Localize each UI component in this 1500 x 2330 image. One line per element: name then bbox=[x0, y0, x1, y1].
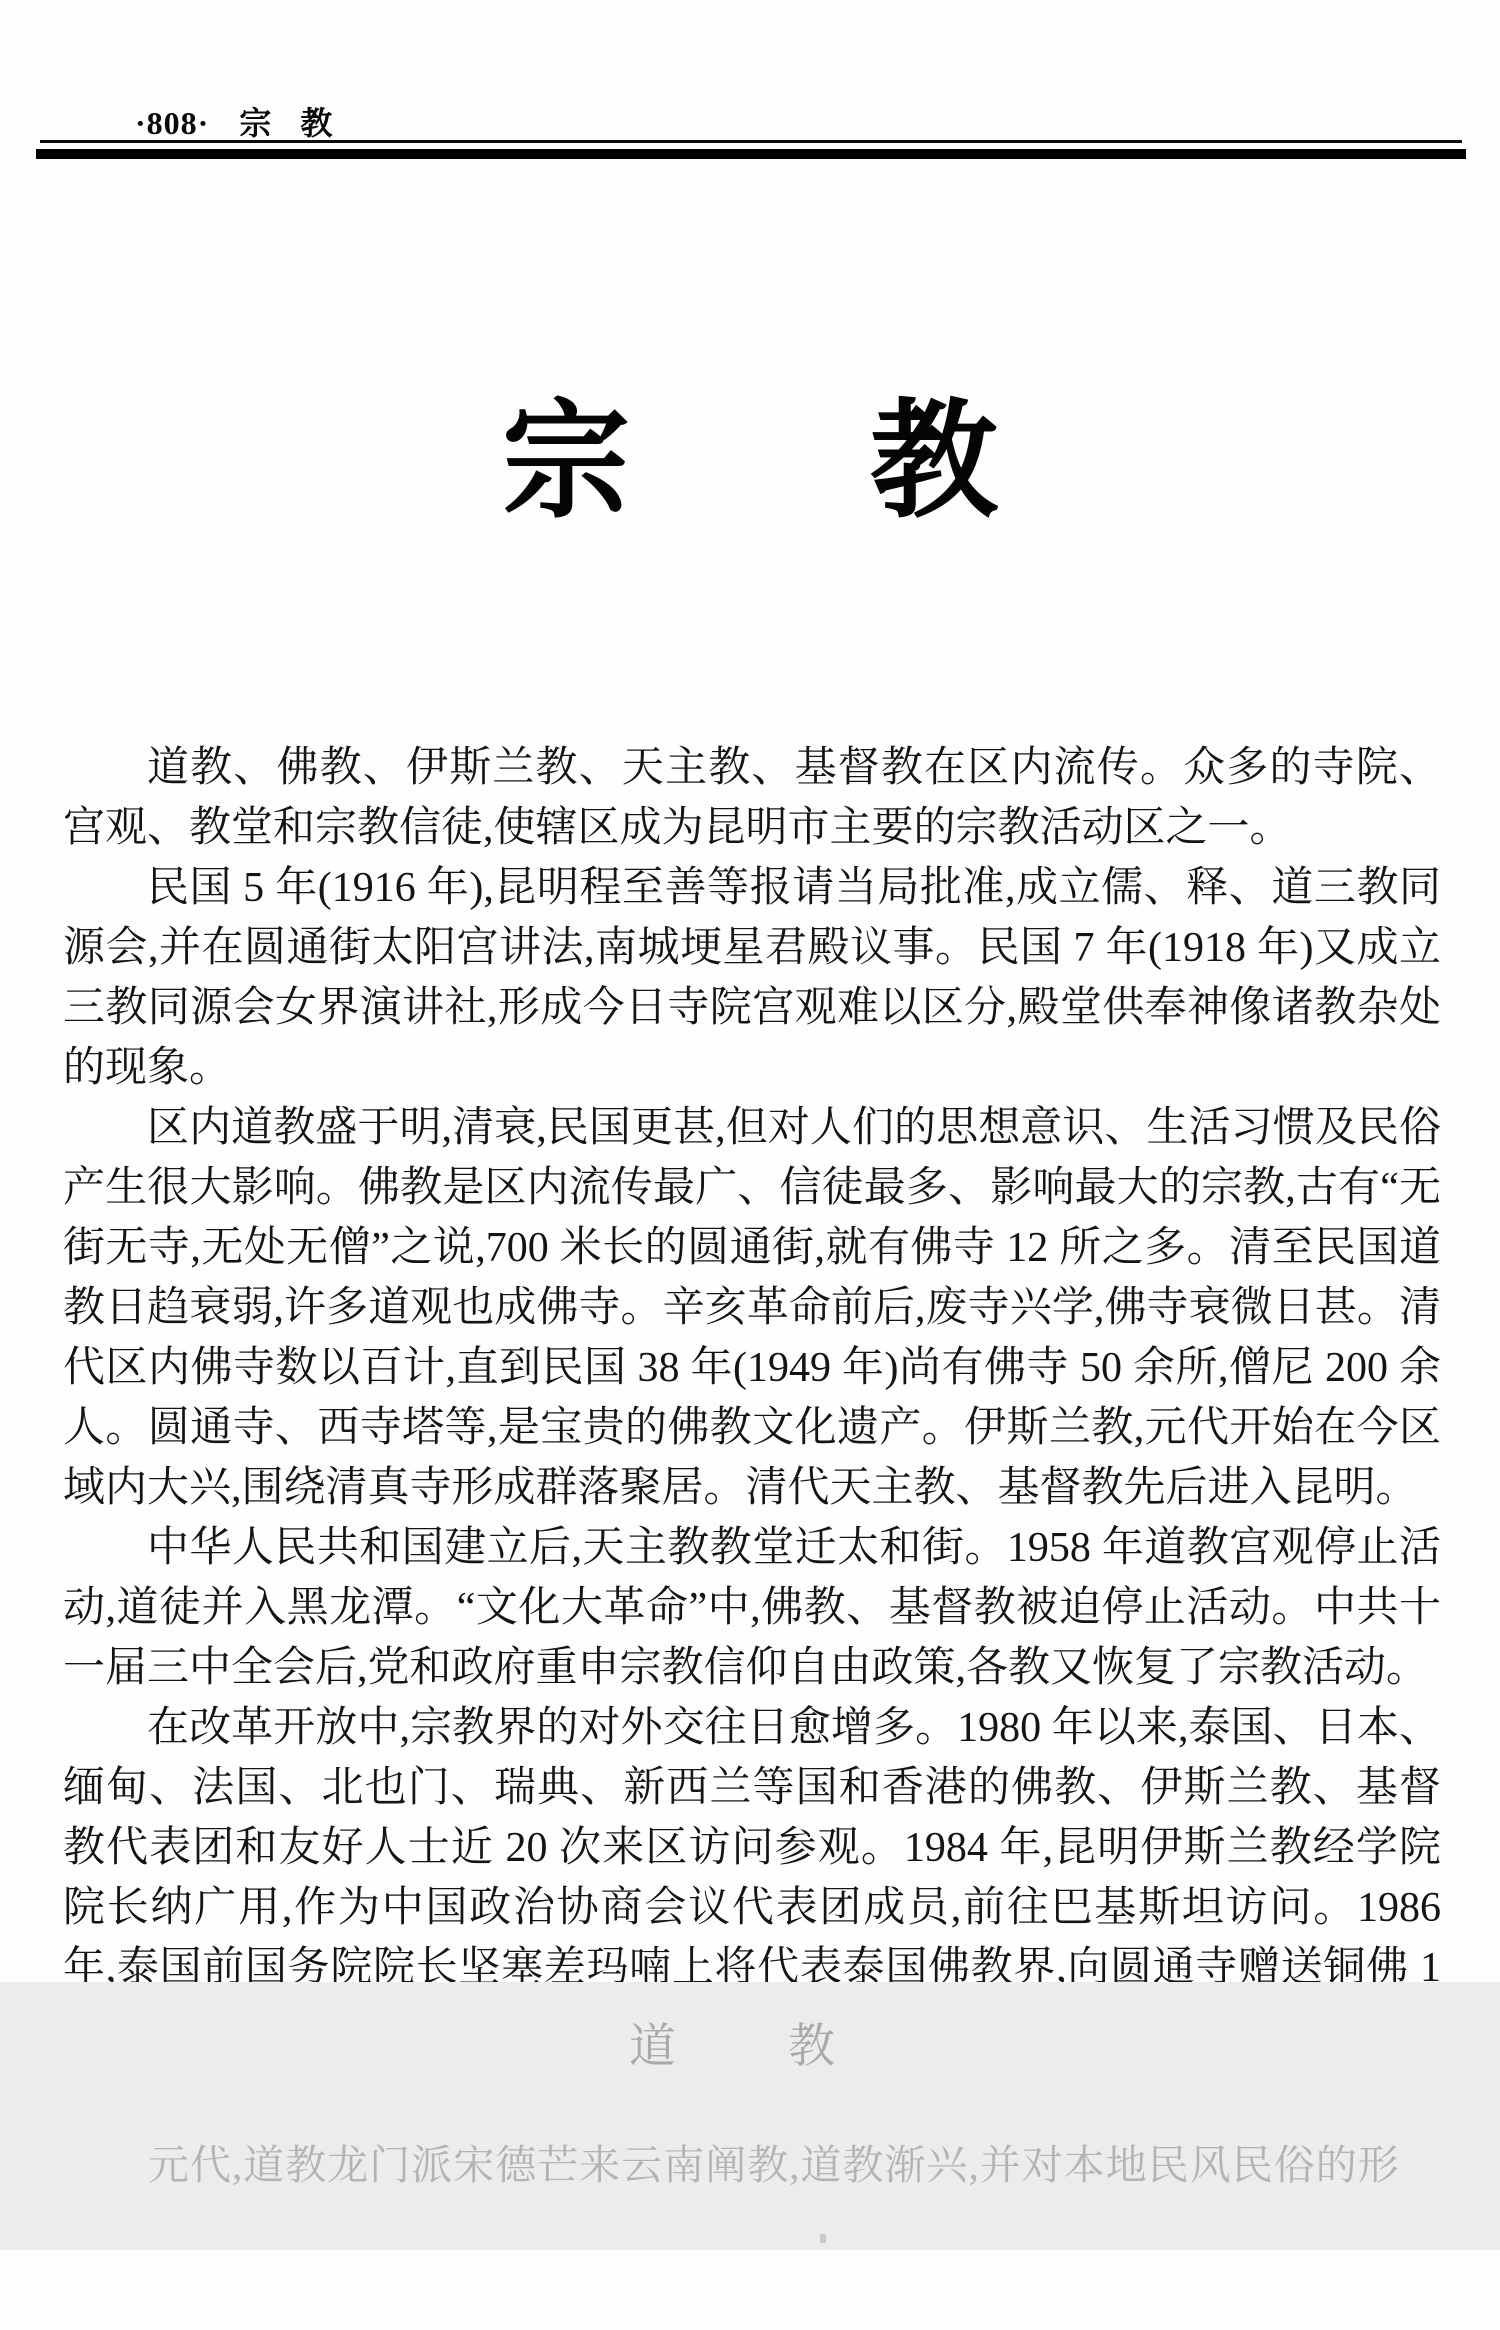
header-rule-thin bbox=[40, 140, 1462, 143]
page-number: ·808· bbox=[135, 105, 209, 142]
paragraph: 民国 5 年(1916 年),昆明程至善等报请当局批准,成立儒、释、道三教同源会… bbox=[63, 858, 1441, 1098]
next-section-heading: 道 教 bbox=[0, 2024, 1482, 2071]
book-page: ·808· 宗 教 宗 教 道教、佛教、伊斯兰教、天主教、基督教在区内流传。众多… bbox=[0, 0, 1500, 2330]
next-section-heading-char: 教 bbox=[788, 2024, 835, 2071]
running-head-section-char: 宗 bbox=[239, 98, 272, 144]
chapter-title-char: 宗 bbox=[502, 398, 630, 526]
running-head: ·808· 宗 教 bbox=[135, 98, 361, 144]
running-head-section-char: 教 bbox=[300, 98, 333, 144]
paragraph: 中华人民共和国建立后,天主教教堂迁太和街。1958 年道教宫观停止活动,道徒并入… bbox=[63, 1518, 1441, 1698]
next-section-preview-line: 元代,道教龙门派宋德芒来云南阐教,道教渐兴,并对本地民风民俗的形成,产生很大 bbox=[148, 2140, 1398, 2190]
chapter-title-char: 教 bbox=[870, 398, 998, 526]
header-rule-thick bbox=[36, 149, 1466, 159]
chapter-title: 宗 教 bbox=[0, 398, 1500, 526]
paragraph: 区内道教盛于明,清衰,民国更甚,但对人们的思想意识、生活习惯及民俗产生很大影响。… bbox=[63, 1098, 1441, 1518]
next-section-heading-char: 道 bbox=[629, 2024, 676, 2071]
next-section-showthrough-band: 道 教 元代,道教龙门派宋德芒来云南阐教,道教渐兴,并对本地民风民俗的形成,产生… bbox=[0, 1982, 1500, 2250]
paragraph: 道教、佛教、伊斯兰教、天主教、基督教在区内流传。众多的寺院、宫观、教堂和宗教信徒… bbox=[63, 738, 1441, 858]
stray-mark bbox=[820, 2234, 826, 2243]
